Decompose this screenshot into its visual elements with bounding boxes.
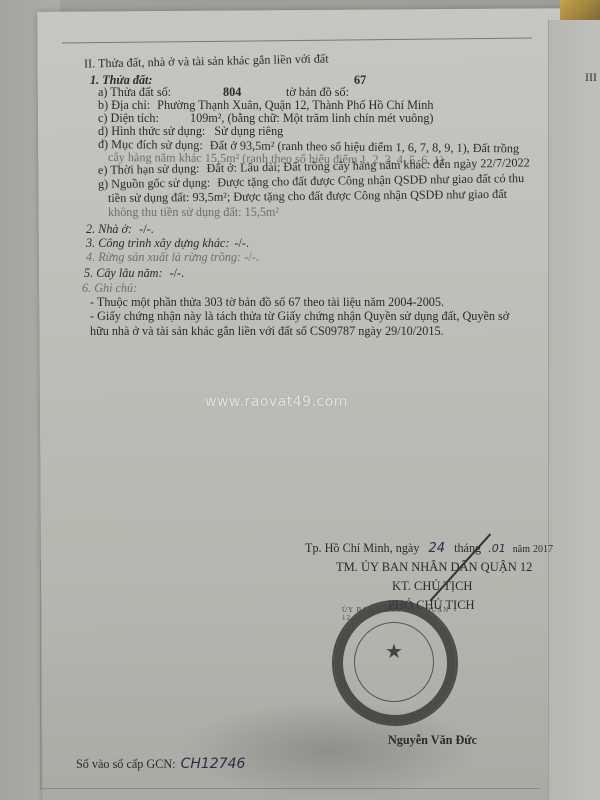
address-value: Phường Thạnh Xuân, Quận 12, Thành Phố Hồ… (157, 98, 433, 112)
item-perennial-trees: 5. Cây lâu năm: -/-. (84, 266, 184, 281)
item-other-construction-value: -/-. (234, 236, 249, 250)
address-label: b) Địa chỉ: (98, 98, 150, 112)
item-production-forest-value: -/-. (244, 250, 259, 264)
note-line-2: - Giấy chứng nhận này là tách thửa từ Gi… (90, 309, 509, 324)
registry-label: Số vào sổ cấp GCN: (76, 757, 176, 771)
item-house-label: 2. Nhà ở: (86, 222, 132, 236)
item-other-construction-label: 3. Công trình xây dựng khác: (86, 236, 229, 250)
signer-title-1: KT. CHỦ TỊCH (392, 579, 472, 594)
note-line-3: hữu nhà ở và tài sản khác gắn liền với đ… (90, 324, 444, 339)
place-date: Tp. Hồ Chí Minh, ngày 24 tháng .01 năm 2… (305, 541, 553, 556)
issuing-authority: TM. ỦY BAN NHÂN DÂN QUẬN 12 (336, 560, 532, 575)
item-production-forest-label: 4. Rừng sản xuất là rừng trồng: (86, 250, 241, 264)
seal-emblem: ★ (354, 622, 434, 702)
item-other-construction: 3. Công trình xây dựng khác: -/-. (86, 236, 249, 251)
item-perennial-trees-value: -/-. (170, 266, 185, 280)
signer-name: Nguyễn Văn Đức (388, 733, 477, 748)
item-house: 2. Nhà ở: -/-. (86, 222, 154, 237)
section-title: II. Thửa đất, nhà ở và tài sản khác gắn … (84, 51, 329, 71)
year-label: năm (513, 544, 530, 555)
origin-continuation-1: tiền sử dụng đất: 93,5m²; Được tặng cho … (108, 187, 507, 206)
parcel-label: a) Thửa đất số: (98, 85, 171, 99)
notes-heading: 6. Ghi chú: (82, 281, 137, 296)
date-day: 24 (428, 541, 445, 556)
origin-label: g) Nguồn gốc sử dụng: (98, 175, 210, 191)
note-line-1: - Thuộc một phần thửa 303 tờ bản đồ số 6… (90, 295, 444, 310)
item-house-value: -/-. (139, 222, 154, 236)
origin-continuation-2: không thu tiền sử dụng đất: 15,5m² (108, 205, 279, 220)
document-content: II. Thửa đất, nhà ở và tài sản khác gắn … (0, 0, 600, 800)
term-label: e) Thời hạn sử dụng: (98, 161, 200, 177)
date-month: .01 (488, 542, 506, 555)
registry-number: CH12746 (181, 756, 246, 772)
star-icon: ★ (355, 639, 433, 664)
area-label: c) Diện tích: (98, 111, 159, 125)
date-year: 2017 (533, 544, 553, 555)
usage-form-label: d) Hình thức sử dụng: (98, 124, 205, 138)
map-sheet-number: 67 (354, 73, 366, 88)
item-production-forest: 4. Rừng sản xuất là rừng trồng: -/-. (86, 250, 259, 265)
seal-text: ỦY BAN NHÂN DÂN QUẬN 12 (342, 606, 456, 622)
usage-form-value: Sử dụng riêng (214, 124, 283, 138)
item-perennial-trees-label: 5. Cây lâu năm: (84, 266, 163, 280)
watermark: www.raovat49.com (205, 394, 348, 410)
registry-number-row: Số vào sổ cấp GCN: CH12746 (76, 756, 245, 772)
official-seal: ỦY BAN NHÂN DÂN QUẬN 12 ★ (332, 600, 458, 726)
place-date-prefix: Tp. Hồ Chí Minh, ngày (305, 541, 419, 555)
